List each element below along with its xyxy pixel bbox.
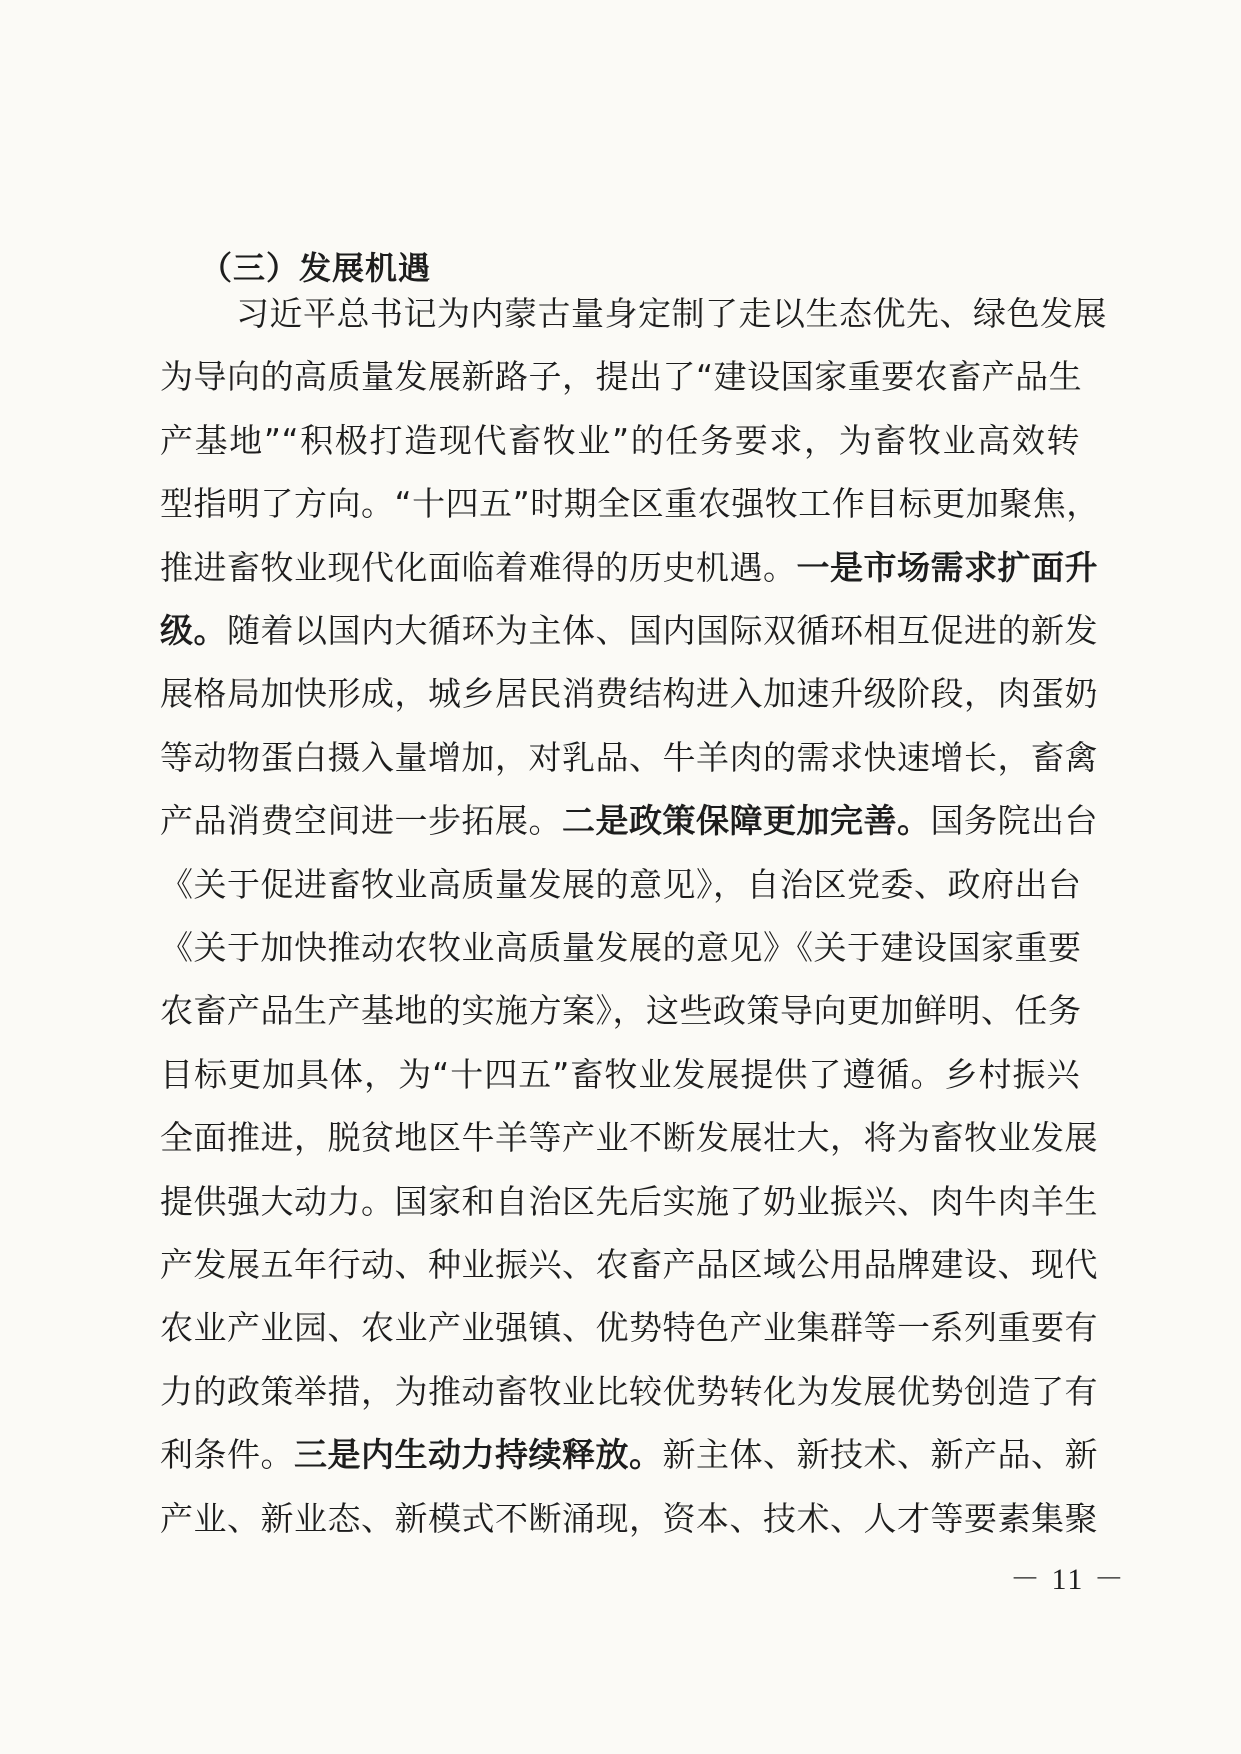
text-line: 推进畜牧业现代化面临着难得的历史机遇。一是市场需求扩面升 xyxy=(160,544,1080,592)
bold-emphasis: 三是内生动力持续释放。 xyxy=(294,1435,663,1474)
text-line: 提供强大动力。国家和自治区先后实施了奶业振兴、肉牛肉羊生 xyxy=(160,1178,1080,1226)
text-run: 推进畜牧业现代化面临着难得的历史机遇。 xyxy=(160,548,797,587)
text-line: 《关于加快推动农牧业高质量发展的意见》《关于建设国家重要 xyxy=(160,924,1080,972)
section-heading: （三）发展机遇 xyxy=(200,244,431,292)
text-line: 目标更加具体，为“十四五”畜牧业发展提供了遵循。乡村振兴 xyxy=(160,1051,1080,1099)
bold-emphasis: 一是市场需求扩面升 xyxy=(797,548,1099,587)
text-line: 产品消费空间进一步拓展。二是政策保障更加完善。国务院出台 xyxy=(160,797,1080,845)
text-run: 产发展五年行动、种业振兴、农畜产品区域公用品牌建设、现代 xyxy=(160,1245,1098,1284)
text-line: 利条件。三是内生动力持续释放。新主体、新技术、新产品、新 xyxy=(160,1431,1080,1479)
text-line: 产业、新业态、新模式不断涌现，资本、技术、人才等要素集聚 xyxy=(160,1495,1080,1543)
text-run: 目标更加具体，为“十四五”畜牧业发展提供了遵循。乡村振兴 xyxy=(160,1055,1080,1094)
text-run: 产基地”“积极打造现代畜牧业”的任务要求，为畜牧业高效转 xyxy=(160,421,1080,460)
text-line: 级。随着以国内大循环为主体、国内国际双循环相互促进的新发 xyxy=(160,607,1080,655)
bold-emphasis: 级。 xyxy=(160,611,227,650)
text-run: 产业、新业态、新模式不断涌现，资本、技术、人才等要素集聚 xyxy=(160,1499,1098,1538)
text-line: 型指明了方向。“十四五”时期全区重农强牧工作目标更加聚焦， xyxy=(160,480,1080,528)
text-run: 型指明了方向。“十四五”时期全区重农强牧工作目标更加聚焦， xyxy=(160,484,1100,523)
text-line: 《关于促进畜牧业高质量发展的意见》，自治区党委、政府出台 xyxy=(160,861,1080,909)
text-line: 产基地”“积极打造现代畜牧业”的任务要求，为畜牧业高效转 xyxy=(160,417,1080,465)
text-run: 《关于促进畜牧业高质量发展的意见》，自治区党委、政府出台 xyxy=(160,865,1082,904)
text-run: 展格局加快形成，城乡居民消费结构进入加速升级阶段，肉蛋奶 xyxy=(160,674,1098,713)
text-line: 展格局加快形成，城乡居民消费结构进入加速升级阶段，肉蛋奶 xyxy=(160,670,1080,718)
text-run: 《关于加快推动农牧业高质量发展的意见》《关于建设国家重要 xyxy=(160,928,1082,967)
text-line: 习近平总书记为内蒙古量身定制了走以生态优先、绿色发展 xyxy=(236,290,1080,338)
bold-emphasis: 二是政策保障更加完善。 xyxy=(562,801,931,840)
text-line: 农畜产品生产基地的实施方案》，这些政策导向更加鲜明、任务 xyxy=(160,987,1080,1035)
text-run: 农畜产品生产基地的实施方案》，这些政策导向更加鲜明、任务 xyxy=(160,991,1082,1030)
text-run: 利条件。 xyxy=(160,1435,294,1474)
text-line: 力的政策举措，为推动畜牧业比较优势转化为发展优势创造了有 xyxy=(160,1368,1080,1416)
text-run: 力的政策举措，为推动畜牧业比较优势转化为发展优势创造了有 xyxy=(160,1372,1098,1411)
text-line: 为导向的高质量发展新路子，提出了“建设国家重要农畜产品生 xyxy=(160,353,1080,401)
text-run: 新主体、新技术、新产品、新 xyxy=(663,1435,1099,1474)
text-line: 产发展五年行动、种业振兴、农畜产品区域公用品牌建设、现代 xyxy=(160,1241,1080,1289)
text-run: 全面推进，脱贫地区牛羊等产业不断发展壮大，将为畜牧业发展 xyxy=(160,1118,1098,1157)
text-run: 提供强大动力。国家和自治区先后实施了奶业振兴、肉牛肉羊生 xyxy=(160,1182,1098,1221)
text-run: 国务院出台 xyxy=(931,801,1099,840)
text-run: 等动物蛋白摄入量增加，对乳品、牛羊肉的需求快速增长，畜禽 xyxy=(160,738,1098,777)
document-page: （三）发展机遇 习近平总书记为内蒙古量身定制了走以生态优先、绿色发展为导向的高质… xyxy=(0,0,1241,1754)
text-run: 农业产业园、农业产业强镇、优势特色产业集群等一系列重要有 xyxy=(160,1308,1098,1347)
page-number: － 11 － xyxy=(1010,1560,1126,1600)
text-run: 随着以国内大循环为主体、国内国际双循环相互促进的新发 xyxy=(227,611,1098,650)
text-run: 产品消费空间进一步拓展。 xyxy=(160,801,562,840)
text-run: 为导向的高质量发展新路子，提出了“建设国家重要农畜产品生 xyxy=(160,357,1082,396)
text-line: 全面推进，脱贫地区牛羊等产业不断发展壮大，将为畜牧业发展 xyxy=(160,1114,1080,1162)
text-line: 农业产业园、农业产业强镇、优势特色产业集群等一系列重要有 xyxy=(160,1304,1080,1352)
text-line: 等动物蛋白摄入量增加，对乳品、牛羊肉的需求快速增长，畜禽 xyxy=(160,734,1080,782)
text-run: 习近平总书记为内蒙古量身定制了走以生态优先、绿色发展 xyxy=(236,294,1107,333)
